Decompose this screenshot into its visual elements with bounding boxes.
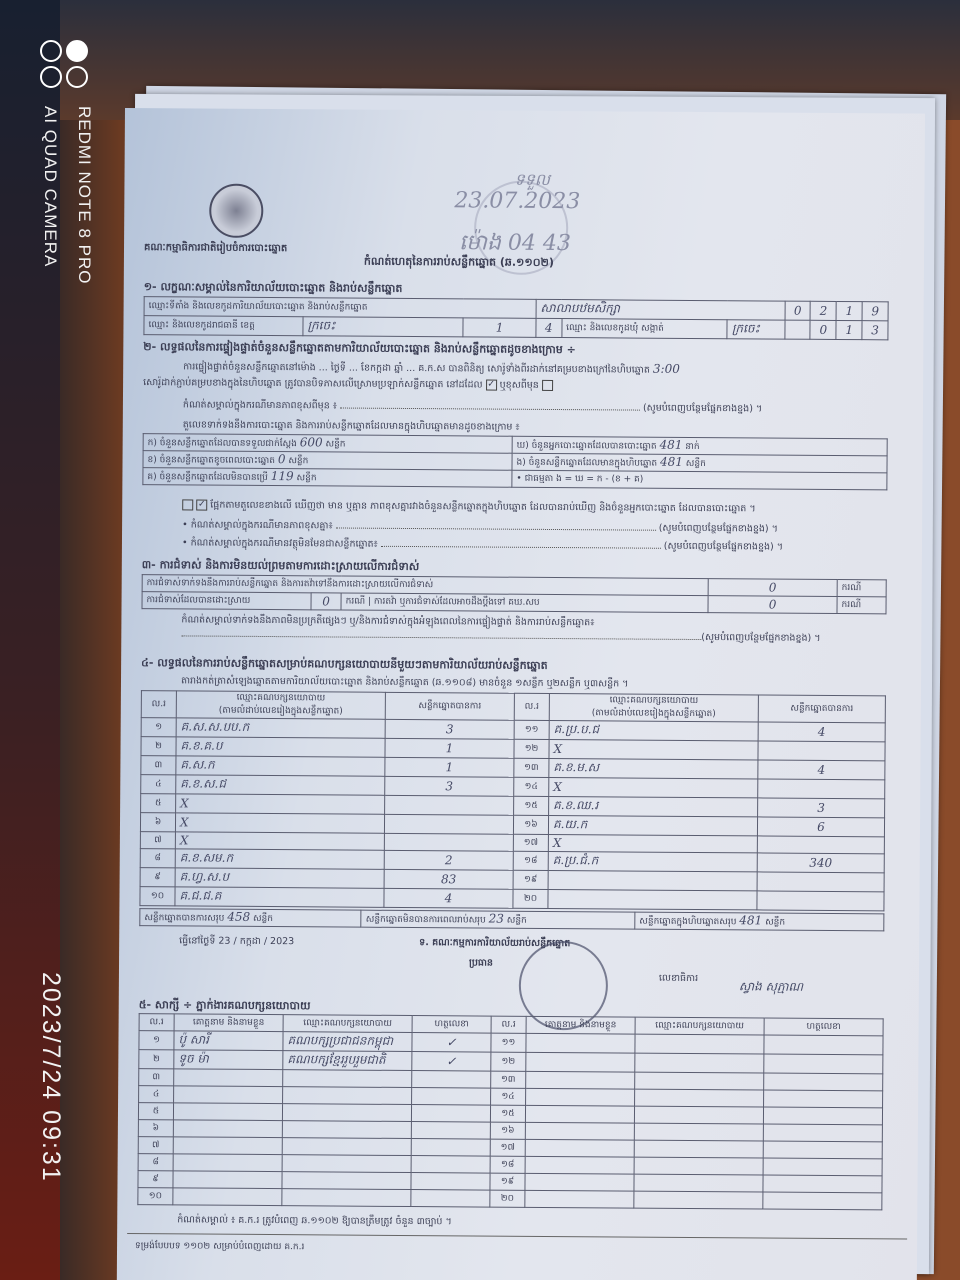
witness-signature <box>763 1192 882 1210</box>
row-number: ១៨ <box>513 851 548 870</box>
witness-name <box>525 1190 634 1208</box>
section2-heading: ២- លទ្ធផលនៃការផ្ទៀងផ្ទាត់ចំនួនសន្លឹកឆ្នោ… <box>143 340 576 359</box>
witness-signature <box>411 1156 490 1174</box>
vote-count: 4 <box>758 760 885 780</box>
witness-signature <box>763 1107 882 1125</box>
section1-heading: ១- លក្ខណៈសម្គាល់នៃការិយាល័យបោះឆ្នោត និងរ… <box>144 280 403 298</box>
witness-signature <box>763 1141 882 1159</box>
witness-party <box>635 1089 764 1107</box>
party-name <box>548 870 757 890</box>
witness-signature <box>411 1122 490 1140</box>
station-code-digit: 9 <box>862 302 888 321</box>
section5-note: កំណត់សម្គាល់ ៖ គ.ក.រ ត្រូវបំពេញ ឆ.១១០២ ឱ… <box>177 1213 452 1229</box>
witness-party <box>634 1123 763 1141</box>
party-votes-table: ល.រ ឈ្មោះគណបក្សនយោបាយ(តាមលំដាប់លេខរៀងក្ន… <box>139 690 885 911</box>
party-name: គ.យ.ក <box>548 815 757 835</box>
row-number: ៨ <box>140 849 175 868</box>
province-label: ឈ្មោះ និងលេខកូដរាជធានី ខេត្ត <box>144 316 303 336</box>
witness-party <box>634 1157 763 1175</box>
unused-ballots: គ) ចំនួនសន្លឹកឆ្នោតដែលមិនបានប្រើ 119 សន្… <box>143 468 512 488</box>
signed-date: ធ្វើនៅថ្ងៃទី 23 / កក្កដា / 2023 <box>179 934 294 949</box>
vote-count <box>385 795 514 815</box>
witness-signature <box>411 1105 490 1123</box>
note-diff2-line: • កំណត់សម្គាល់ក្នុងករណីមានភាពខុសគ្នា៖ (ស… <box>182 518 902 537</box>
station-value: សាលាបឋមសិក្សា <box>536 299 785 320</box>
seal-line: សោរ៉ូដាក់ភ្ជាប់គម្របខាងក្នុងនៃហិបឆ្នោត ត… <box>143 376 863 395</box>
vote-count <box>757 891 884 911</box>
vote-count: 4 <box>384 888 513 908</box>
witness-signature <box>411 1139 490 1157</box>
camera-logo-icon <box>40 40 92 92</box>
station-code-digit: 0 <box>785 301 811 320</box>
vote-count <box>384 814 513 834</box>
vote-count <box>758 779 885 799</box>
vote-count <box>758 741 885 761</box>
witness-name <box>174 1086 283 1104</box>
witness-name: ទូច ម៉ា <box>174 1050 283 1070</box>
witness-name <box>173 1120 282 1138</box>
secretary-name: ស្វាង សុភ្មាណ <box>739 978 803 996</box>
party-name: គ.ខ.គ.ប <box>176 737 385 757</box>
form-title: កំណត់ហេតុនៃការរាប់សន្លឹកឆ្នោត (ឆ.១១០២) <box>364 255 554 272</box>
row-number: ១៤ <box>514 777 549 796</box>
section3-note: កំណត់សម្គាល់ទាក់ទងនឹងភាពមិនប្រក្រតីផ្សេង… <box>181 613 901 646</box>
witness-signature <box>411 1173 490 1191</box>
province-code-digit: 4 <box>536 318 562 337</box>
vote-count: 4 <box>758 722 885 742</box>
party-name: X <box>549 739 758 759</box>
party-name: គ.ខ.ឈ.រ <box>549 796 758 816</box>
row-number: ៤ <box>139 1086 174 1103</box>
witness-party <box>634 1106 763 1124</box>
row-number: ១៥ <box>490 1105 525 1122</box>
section4-intro: តារាងកត់ត្រាសំឡេងឆ្នោតតាមការិយាល័យបោះឆ្ន… <box>181 674 629 691</box>
witness-party <box>634 1191 763 1209</box>
row-number: ៦ <box>138 1120 173 1137</box>
appeal-value: 0 <box>708 596 837 614</box>
witness-party <box>282 1155 411 1173</box>
commune-code-digit: 0 <box>810 320 836 339</box>
same-checkbox[interactable]: ✓ <box>486 380 497 391</box>
photo-timestamp: 2023/7/24 09:31 <box>36 972 65 1183</box>
witness-party <box>282 1172 411 1190</box>
witness-name <box>525 1173 634 1191</box>
row-number: ១៤ <box>491 1088 526 1105</box>
row-number: ២ <box>139 1050 174 1069</box>
footer-divider <box>127 1233 907 1239</box>
row-number: ៣ <box>139 1069 174 1086</box>
witness-party <box>634 1174 763 1192</box>
resolved-value: 0 <box>311 593 341 610</box>
party-name: X <box>175 813 384 833</box>
commune-code-digit: 3 <box>862 321 888 340</box>
verify-time: 3:00 <box>653 362 680 376</box>
row-number: ១៦ <box>513 815 548 834</box>
row-number: ៧ <box>140 832 175 849</box>
witness-signature <box>763 1158 882 1176</box>
section3-heading: ៣- ការជំទាស់ និងការមិនយល់ព្រមតាមការដោះស្… <box>142 558 420 576</box>
party-name: គ.ខ.ស.ជ <box>176 775 385 795</box>
camera-subtitle: AI QUAD CAMERA <box>40 106 60 267</box>
national-emblem-icon <box>209 184 263 238</box>
vote-count: 83 <box>384 869 513 889</box>
witness-signature <box>764 1035 883 1055</box>
party-name: គ.ប្រ.ប.ជ <box>549 720 758 740</box>
secretary-label: លេខាធិការ <box>659 972 698 986</box>
row-number: ៣ <box>141 756 176 775</box>
row-number: ១៧ <box>513 834 548 851</box>
commune-value: ក្រចេះ <box>727 320 784 339</box>
row-number: ៥ <box>141 794 176 813</box>
objections-table: ការជំទាស់ទាក់ទងនឹងការរាប់សន្លឹកឆ្នោត និង… <box>142 574 887 614</box>
vote-count <box>757 872 884 892</box>
row-number: ៩ <box>138 1171 173 1188</box>
witness-name <box>526 1033 635 1053</box>
witness-name <box>526 1071 635 1089</box>
witness-party: គណបក្សខ្មែររួបរួមជាតិ <box>283 1051 412 1071</box>
witness-signature <box>764 1090 883 1108</box>
row-number: ១០ <box>138 1188 173 1205</box>
party-name: គ.ស.ក <box>176 756 385 776</box>
row-number: ១៧ <box>490 1139 525 1156</box>
witness-name <box>173 1154 282 1172</box>
witness-party <box>282 1104 411 1122</box>
vote-count: 1 <box>385 738 514 758</box>
witness-signature <box>412 1071 491 1089</box>
commune-label: ឈ្មោះ និងលេខកូដឃុំ សង្កាត់ <box>562 319 728 339</box>
province-code-digit: 1 <box>463 318 536 338</box>
row-number: ៧ <box>138 1137 173 1154</box>
witness-signature <box>411 1190 490 1208</box>
witness-signature <box>764 1054 883 1074</box>
ballots-in-box: ង) ចំនួនសន្លឹកឆ្នោតដែលមានក្នុងហិបឆ្នោត 4… <box>512 453 887 473</box>
vote-count: 3 <box>385 719 514 739</box>
witness-name <box>525 1156 634 1174</box>
row-number: ១៣ <box>514 758 549 777</box>
witness-party <box>282 1189 411 1207</box>
row-number: ១១ <box>514 720 549 739</box>
party-name: X <box>549 777 758 797</box>
witness-table: ល.រ គោត្តនាម និងនាមខ្លួន ឈ្មោះគណបក្សនយោប… <box>137 1013 883 1210</box>
row-number: ១ <box>141 718 176 737</box>
row-number: ១៦ <box>490 1122 525 1139</box>
spoiled-ballots: ខ) ចំនួនសន្លឹកឆ្នោតខូចពេលបោះឆ្នោត 0 សន្ល… <box>143 451 512 471</box>
witness-name <box>173 1103 282 1121</box>
row-number: ២ <box>141 737 176 756</box>
total-invalid: សន្លឹកឆ្នោតមិនបានការពេលរាប់សរុប 23 សន្លឹ… <box>361 910 635 929</box>
section4-heading: ៤- លទ្ធផលនៃការរាប់សន្លឹកឆ្នោតសម្រាប់គណបក… <box>141 656 548 675</box>
row-number: ៨ <box>138 1154 173 1171</box>
witness-party <box>635 1072 764 1090</box>
row-number: ១៨ <box>490 1156 525 1173</box>
row-number: ១០ <box>140 887 175 906</box>
station-code-digit: 1 <box>836 301 862 320</box>
witness-name <box>173 1137 282 1155</box>
witness-signature <box>763 1175 882 1193</box>
ballot-count-table: ក) ចំនួនសន្លឹកឆ្នោតដែលបានទទួលជាក់ស្តែង 6… <box>142 433 887 490</box>
row-number: ៦ <box>140 813 175 832</box>
row-number: ៩ <box>140 868 175 887</box>
polling-station-table: ឈ្មោះទីតាំង និងលេខកូដការិយាល័យបោះឆ្នោត ន… <box>143 296 888 340</box>
party-name: គ.ខ.ម.ស <box>549 758 758 778</box>
no-discrepancy-checkbox[interactable]: ✓ <box>196 500 207 511</box>
party-name: គ.ស.ស.បប.ក <box>176 718 385 738</box>
voters-count: ឃ) ចំនួនអ្នកបោះឆ្នោតដែលបានបោះឆ្នោត 481 ន… <box>512 436 887 456</box>
row-number: ១៣ <box>491 1071 526 1088</box>
party-name: គ.ខ.សម.ក <box>175 849 384 869</box>
party-name <box>548 889 757 909</box>
row-number: ១២ <box>491 1052 526 1071</box>
has-discrepancy-checkbox[interactable] <box>182 499 193 510</box>
witness-party <box>282 1138 411 1156</box>
appeal-label: ករណី | ការតវ៉ា ឬការជំទាស់ដែលអាចដឹងប្តឹងទ… <box>341 593 708 613</box>
discrepancy-line: ✓ ផ្អែកតាមតួលេខខាងលើ ឃើញថា មាន ឬគ្មាន ភា… <box>182 498 902 517</box>
total-in-box: សន្លឹកឆ្នោតក្នុងហិបឆ្នោតសរុប 481 សន្លឹក <box>635 912 884 931</box>
party-name: X <box>176 794 385 814</box>
organization-name: គណៈកម្មាធិការជាតិរៀបចំការបោះឆ្នោត <box>144 240 287 256</box>
witness-name: ប៉ូ សារី <box>174 1031 283 1051</box>
row-number: ២០ <box>490 1190 525 1207</box>
witness-party: គណបក្សប្រជាជនកម្ពុជា <box>283 1032 412 1052</box>
row-number: ១១ <box>491 1033 526 1052</box>
table-row: ១០គ.ជ.ជ.គ4២០ <box>140 887 884 911</box>
row-number: ៥ <box>138 1103 173 1120</box>
vote-count: 2 <box>384 850 513 870</box>
party-name: គ.ជ.ជ.គ <box>175 887 384 907</box>
witness-name <box>525 1139 634 1157</box>
witness-party <box>634 1140 763 1158</box>
witness-name <box>174 1069 283 1087</box>
witness-name <box>525 1105 634 1123</box>
stamp-date: 23.07.2023 <box>454 188 580 214</box>
total-valid: សន្លឹកឆ្នោតបានការសរុប 458 សន្លឹក <box>140 909 362 928</box>
vote-count: 6 <box>757 817 884 837</box>
row-number: ២០ <box>513 889 548 908</box>
row-number: ១៩ <box>513 870 548 889</box>
election-form-document: គណៈកម្មាធិការជាតិរៀបចំការបោះឆ្នោត ទទួល 2… <box>117 108 925 1280</box>
vote-count <box>757 836 884 854</box>
witness-signature: ✓ <box>412 1052 491 1072</box>
objection-value: 0 <box>708 579 837 597</box>
camera-model: REDMI NOTE 8 PRO <box>74 106 94 284</box>
witness-signature: ✓ <box>412 1033 491 1053</box>
chair-label: ប្រធាន <box>469 956 493 970</box>
vote-count: 3 <box>385 776 514 796</box>
vote-count: 3 <box>758 798 885 818</box>
witness-name <box>525 1122 634 1140</box>
vote-totals-table: សន្លឹកឆ្នោតបានការសរុប 458 សន្លឹក សន្លឹកឆ… <box>139 908 884 931</box>
formula: • ជាធម្មតា ង = ឃ = ក - (ខ + គ) <box>512 470 887 490</box>
witness-party <box>283 1070 412 1088</box>
witness-name <box>173 1171 282 1189</box>
witness-name <box>526 1088 635 1106</box>
row-number: ១ <box>139 1031 174 1050</box>
note-diff-line: កំណត់សម្គាល់ក្នុងករណីមានភាពខុសពីមុន ៖ (ស… <box>183 398 903 417</box>
received-ballots: ក) ចំនួនសន្លឹកឆ្នោតដែលបានទទួលជាក់ស្តែង 6… <box>143 434 512 454</box>
witness-party <box>282 1121 411 1139</box>
witness-party <box>635 1053 764 1073</box>
different-checkbox[interactable] <box>542 380 553 391</box>
note-nonballot-line: • កំណត់សម្គាល់ក្នុងករណីមានវត្ថុមិនមែនជាស… <box>182 536 902 555</box>
vote-count <box>384 833 513 851</box>
witness-signature <box>764 1073 883 1091</box>
station-code-digit: 2 <box>811 301 837 320</box>
witness-signature <box>412 1088 491 1106</box>
vote-count: 1 <box>385 757 514 777</box>
party-name: គ.ប្រ.ជំ.ក <box>548 851 757 871</box>
table-intro: តួលេខទាក់ទងនឹងការបោះឆ្នោត និងការរាប់សន្ល… <box>183 418 520 434</box>
commune-code-digit: 1 <box>836 320 862 339</box>
witness-signature <box>763 1124 882 1142</box>
party-name: X <box>175 832 384 850</box>
row-number: ១២ <box>514 739 549 758</box>
row-number: ៤ <box>141 775 176 794</box>
vote-count: 340 <box>757 853 884 873</box>
row-number: ១៥ <box>514 796 549 815</box>
party-name: X <box>548 834 757 852</box>
witness-party <box>635 1034 764 1054</box>
resolved-label: ការជំទាស់ដែលបានដោះស្រាយ <box>142 592 311 610</box>
witness-name <box>173 1188 282 1206</box>
party-name: គ.ហ្វ.ស.ប <box>175 868 384 888</box>
footer-text: ទម្រង់បែបបទ ១១០២ សម្រាប់បំពេញដោយ គ.ក.រ <box>135 1240 304 1254</box>
witness-party <box>283 1087 412 1105</box>
row-number: ១៩ <box>490 1173 525 1190</box>
province-value: ក្រចេះ <box>303 317 464 337</box>
witness-name <box>526 1052 635 1072</box>
